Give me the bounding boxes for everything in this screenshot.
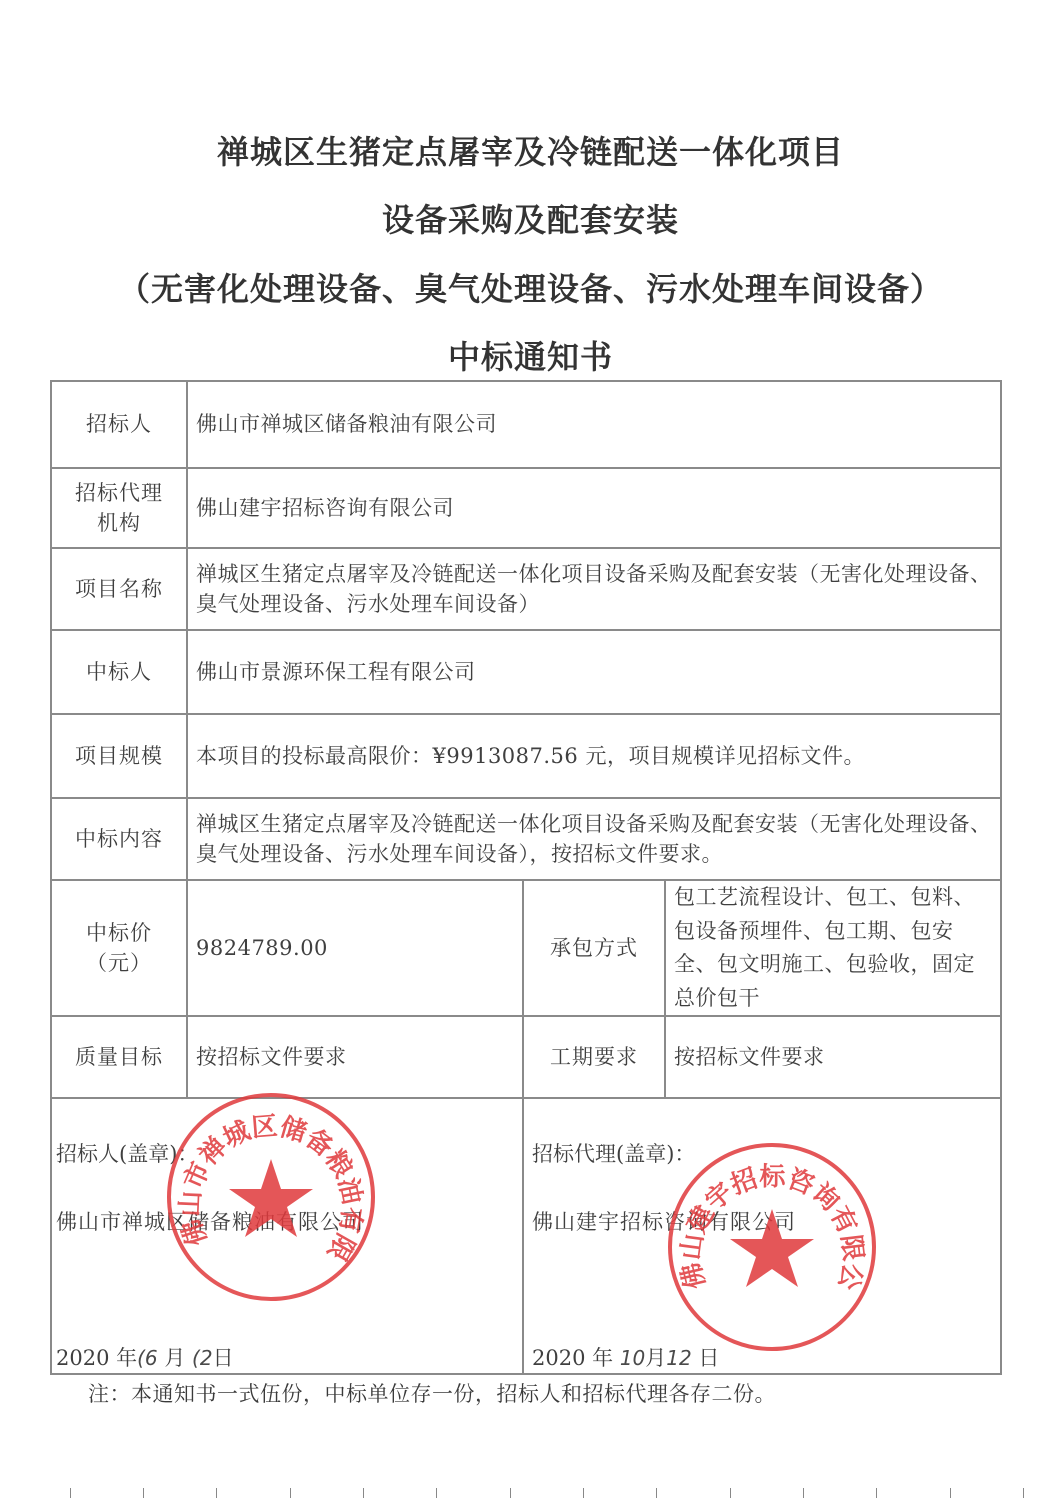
price-label-line2: （元）	[60, 948, 178, 978]
scale-value: 本项目的投标最高限价：¥9913087.56 元，项目规模详见招标文件。	[187, 714, 1001, 798]
winner-value: 佛山市景源环保工程有限公司	[187, 630, 1001, 714]
contract-mode-value: 包工艺流程设计、包工、包料、包设备预埋件、包工期、包安全、包文明施工、包验收，固…	[665, 880, 1001, 1016]
date-month-handwritten: 10	[620, 1346, 645, 1370]
project-name-label: 项目名称	[51, 548, 187, 630]
contract-mode-label: 承包方式	[523, 880, 665, 1016]
scale-label: 项目规模	[51, 714, 187, 798]
price-label: 中标价 （元）	[51, 880, 187, 1016]
tenderer-sign-date: 2020 年(6 月 (2日	[56, 1343, 234, 1373]
duration-value: 按招标文件要求	[665, 1016, 1001, 1098]
tenderer-value: 佛山市禅城区储备粮油有限公司	[187, 381, 1001, 468]
agency-label-line1: 招标代理	[60, 478, 178, 508]
row-quality: 质量目标 按招标文件要求 工期要求 按招标文件要求	[51, 1016, 1001, 1098]
duration-label: 工期要求	[523, 1016, 665, 1098]
date-day-handwritten: (2	[192, 1346, 213, 1370]
document-title-line1: 禅城区生猪定点屠宰及冷链配送一体化项目	[0, 127, 1061, 173]
date-month-handwritten: (6	[137, 1346, 158, 1370]
row-scale: 项目规模 本项目的投标最高限价：¥9913087.56 元，项目规模详见招标文件…	[51, 714, 1001, 798]
tenderer-official-seal: 佛山市禅城区储备粮油有限公司	[167, 1093, 375, 1301]
agency-value: 佛山建宇招标咨询有限公司	[187, 468, 1001, 548]
agency-seal-label: 招标代理(盖章)：	[532, 1139, 695, 1169]
document-title-line4: 中标通知书	[0, 332, 1061, 378]
footnote: 注：本通知书一式伍份，中标单位存一份，招标人和招标代理各存二份。	[88, 1378, 776, 1408]
date-day-unit: 日	[698, 1346, 719, 1370]
price-value: 9824789.00	[187, 880, 523, 1016]
date-month-unit: 月	[645, 1346, 666, 1370]
agency-label-line2: 机构	[60, 508, 178, 538]
star-icon: 佛山市禅城区储备粮油有限公司	[171, 1097, 371, 1297]
project-name-value: 禅城区生猪定点屠宰及冷链配送一体化项目设备采购及配套安装（无害化处理设备、臭气处…	[187, 548, 1001, 630]
document-title-line3: （无害化处理设备、臭气处理设备、污水处理车间设备）	[0, 264, 1061, 310]
document-title-line2: 设备采购及配套安装	[0, 195, 1061, 241]
page-edge-ticks	[0, 1488, 1061, 1500]
agency-sign-date: 2020 年 10月12 日	[532, 1343, 719, 1373]
date-year: 2020 年	[532, 1346, 613, 1370]
content-label: 中标内容	[51, 798, 187, 880]
winner-label: 中标人	[51, 630, 187, 714]
tenderer-label: 招标人	[51, 381, 187, 468]
row-price: 中标价 （元） 9824789.00 承包方式 包工艺流程设计、包工、包料、包设…	[51, 880, 1001, 1016]
agency-label: 招标代理 机构	[51, 468, 187, 548]
row-tenderer: 招标人 佛山市禅城区储备粮油有限公司	[51, 381, 1001, 468]
quality-value: 按招标文件要求	[187, 1016, 523, 1098]
row-content: 中标内容 禅城区生猪定点屠宰及冷链配送一体化项目设备采购及配套安装（无害化处理设…	[51, 798, 1001, 880]
star-icon: 佛山建宇招标咨询有限公司	[672, 1147, 872, 1347]
date-year: 2020 年	[56, 1346, 137, 1370]
content-value: 禅城区生猪定点屠宰及冷链配送一体化项目设备采购及配套安装（无害化处理设备、臭气处…	[187, 798, 1001, 880]
date-day-unit: 日	[213, 1346, 234, 1370]
agency-official-seal: 佛山建宇招标咨询有限公司	[668, 1143, 876, 1351]
row-agency: 招标代理 机构 佛山建宇招标咨询有限公司	[51, 468, 1001, 548]
price-label-line1: 中标价	[60, 918, 178, 948]
row-winner: 中标人 佛山市景源环保工程有限公司	[51, 630, 1001, 714]
quality-label: 质量目标	[51, 1016, 187, 1098]
row-project-name: 项目名称 禅城区生猪定点屠宰及冷链配送一体化项目设备采购及配套安装（无害化处理设…	[51, 548, 1001, 630]
date-month-unit: 月	[164, 1346, 185, 1370]
date-day-handwritten: 12	[666, 1346, 691, 1370]
